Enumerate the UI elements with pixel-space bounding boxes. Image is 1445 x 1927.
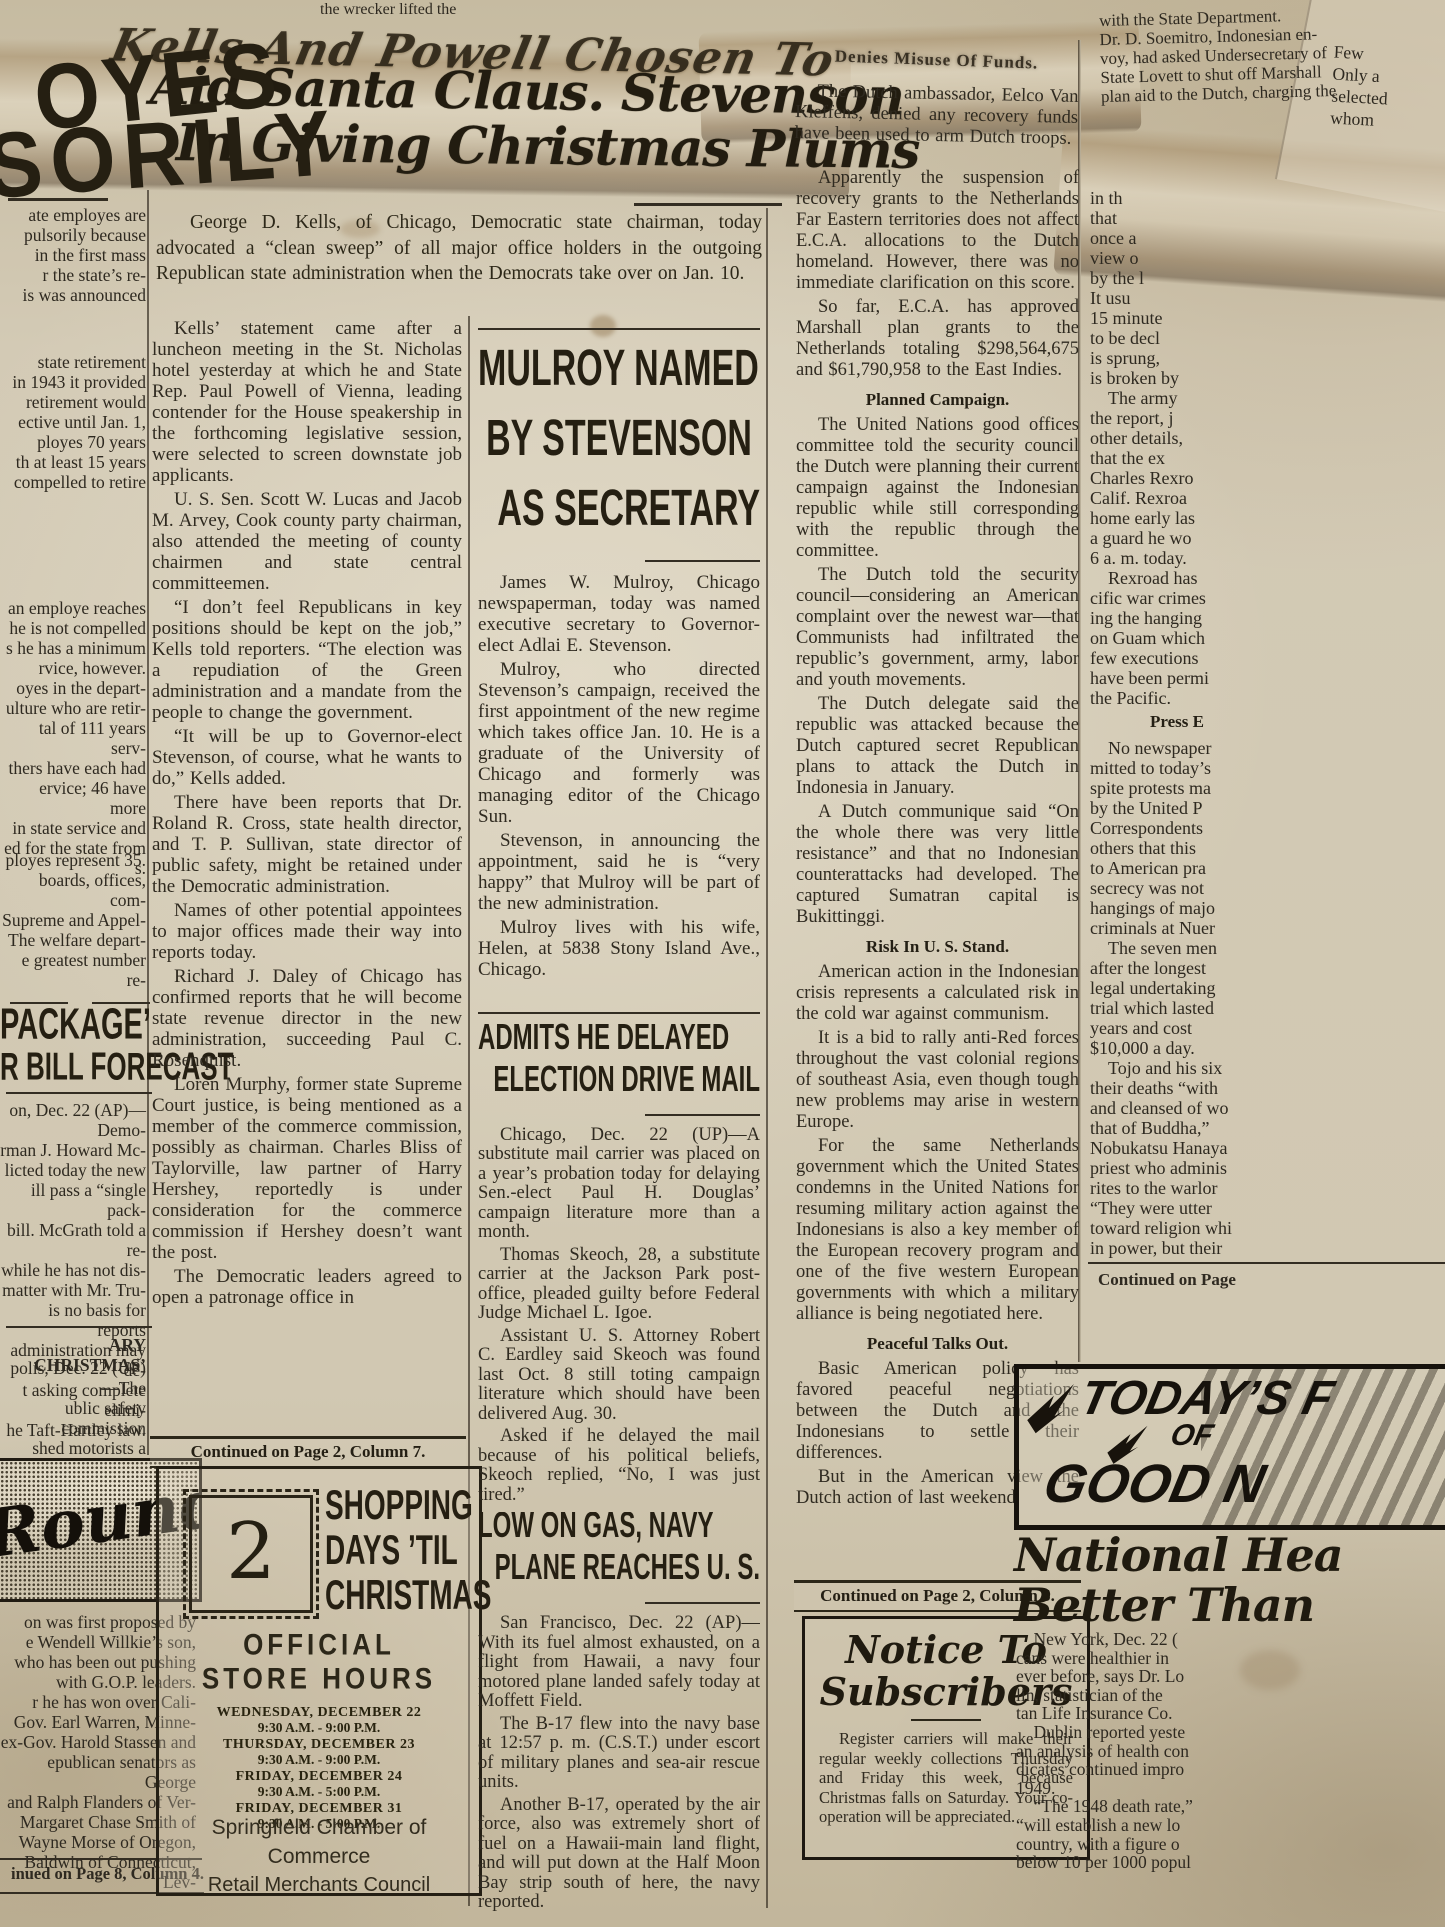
store-hours-list: WEDNESDAY, DECEMBER 22 9:30 A.M. - 9:00 … — [159, 1705, 479, 1833]
hours-day: FRIDAY, DECEMBER 24 — [159, 1769, 479, 1784]
health-headline-line1: National Hea — [1014, 1528, 1343, 1582]
mulroy-article: MULROY NAMED BY STEVENSON AS SECRETARY J… — [478, 328, 760, 1016]
left-column-text-block-3: an employe reaches he is not compelled s… — [0, 598, 146, 878]
dutch-column-text: Apparently the suspension of recovery gr… — [796, 168, 1079, 1560]
chamber-line1: Springfield Chamber of — [159, 1816, 479, 1840]
hours-day: THURSDAY, DECEMBER 23 — [159, 1737, 479, 1752]
package-headline-line1: PACKAGE’ — [0, 1014, 150, 1047]
retail-merchants-line: Retail Merchants Council — [159, 1874, 479, 1897]
flash-ad-line3: GOOD N — [1038, 1453, 1270, 1515]
press-subhead: Press E — [1150, 712, 1350, 732]
paragraph: Chicago, Dec. 22 (UP)—A substitute mail … — [478, 1126, 760, 1243]
lowgas-headline-line2: PLANE REACHES U. S. — [478, 1554, 760, 1596]
paragraph: The B-17 flew into the navy base at 12:5… — [478, 1715, 760, 1793]
left-column-text-block-2: state retirement in 1943 it provided ret… — [0, 352, 146, 492]
paragraph: A Dutch communique said “On the whole th… — [796, 802, 1079, 928]
hours-time: 9:30 A.M. - 9:00 P.M. — [159, 1720, 479, 1735]
top-right-text-fragment: with the State Department. Dr. D. Soemit… — [1099, 5, 1337, 106]
left-column-text-block-1: ate employes are pulsorily because in th… — [0, 205, 146, 305]
left-column-rule — [8, 198, 108, 201]
good-news-ad: TODAY’S F OF GOOD N — [1014, 1364, 1445, 1530]
corner-text-fragment: Few Only a selected whom — [1330, 41, 1391, 132]
hours-time: 9:30 A.M. - 9:00 P.M. — [159, 1752, 479, 1767]
risk-subhead: Risk In U. S. Stand. — [796, 937, 1079, 957]
paragraph: Richard J. Daley of Chicago has confirme… — [152, 966, 462, 1071]
continued-line-right: Continued on Page — [1098, 1270, 1445, 1290]
shopping-days-ad: 2 SHOPPING DAYS ’TIL CHRISTMAS OFFICIAL … — [156, 1466, 482, 1896]
hours-day: FRIDAY, DECEMBER 31 — [159, 1801, 479, 1816]
kells-lead-paragraph: George D. Kells, of Chicago, Democratic … — [156, 210, 762, 287]
paragraph: Apparently the suspension of recovery gr… — [796, 168, 1079, 294]
paragraph: Names of other potential appointees to m… — [152, 900, 462, 963]
store-hours-label: STORE HOURS — [159, 1661, 479, 1697]
paragraph: Assistant U. S. Attorney Robert C. Eardl… — [478, 1327, 760, 1425]
stamp-countdown-box: 2 — [189, 1495, 313, 1613]
paragraph: Loren Murphy, former state Supreme Court… — [152, 1074, 462, 1263]
flash-ad-line1: TODAY’S F — [1075, 1371, 1338, 1426]
paragraph: San Francisco, Dec. 22 (AP)—With its fue… — [478, 1614, 760, 1712]
paragraph: The United Nations good offices committe… — [796, 415, 1079, 562]
paragraph: The Dutch delegate said the republic was… — [796, 694, 1079, 799]
paragraph: So far, E.C.A. has approved Marshall pla… — [796, 297, 1079, 381]
mulroy-headline-line3: AS SECRETARY — [478, 484, 760, 554]
health-article-text: New York, Dec. 22 ( cans were healthier … — [1016, 1630, 1445, 1872]
paragraph: Stevenson, in announcing the appointment… — [478, 830, 760, 914]
column-rule-3 — [766, 208, 768, 1908]
dutch-ambassador-paragraph: The Dutch ambassador, Eelco Van Kleffens… — [794, 81, 1078, 153]
continued-box-kells: Continued on Page 2, Column 7. — [150, 1436, 466, 1468]
headline-rule — [645, 1114, 760, 1116]
paragraph: “It will be up to Governor-elect Stevens… — [152, 726, 462, 789]
shopping-ad-title: SHOPPING DAYS ’TIL CHRISTMAS — [325, 1489, 491, 1624]
paragraph: Thomas Skeoch, 28, a substitute carrier … — [478, 1246, 760, 1324]
newspaper-page: the wrecker lifted the with the State De… — [0, 0, 1445, 1927]
paragraph: The Dutch told the security council—cons… — [796, 565, 1079, 691]
right-column-text-upper: in th that once a view o by the l It usu… — [1090, 188, 1445, 708]
paragraph: Mulroy lives with his wife, Helen, at 58… — [478, 917, 760, 980]
paragraph: American action in the Indonesian crisis… — [796, 962, 1079, 1025]
hours-time: 9:30 A.M. - 5:00 P.M. — [159, 1784, 479, 1799]
paragraph: Another B-17, operated by the air force,… — [478, 1796, 760, 1913]
paragraph: For the same Netherlands government whic… — [796, 1136, 1079, 1325]
paragraph: It is a bid to rally anti-Red forces thr… — [796, 1028, 1079, 1133]
health-headline-line2: Better Than — [1014, 1578, 1314, 1632]
paragraph: Kells’ statement came after a luncheon m… — [152, 318, 462, 486]
headline-rule — [634, 203, 782, 206]
column-rule-1 — [147, 190, 149, 1455]
top-text-fragment: the wrecker lifted the — [320, 0, 456, 20]
paragraph: Mulroy, who directed Stevenson’s campaig… — [478, 659, 760, 827]
paragraph: The Democratic leaders agreed to open a … — [152, 1266, 462, 1308]
admits-headline-line2: ELECTION DRIVE MAIL — [478, 1066, 760, 1108]
notice-rule — [911, 1719, 981, 1721]
hours-day: WEDNESDAY, DECEMBER 22 — [159, 1705, 479, 1720]
peaceful-talks-subhead: Peaceful Talks Out. — [796, 1334, 1079, 1354]
flash-ad-line2: OF — [1167, 1419, 1216, 1453]
paragraph: U. S. Sen. Scott W. Lucas and Jacob M. A… — [152, 489, 462, 594]
chamber-line2: Commerce — [159, 1845, 479, 1869]
navy-plane-article: LOW ON GAS, NAVY PLANE REACHES U. S. San… — [478, 1512, 760, 1927]
rule — [6, 1092, 152, 1094]
paragraph: There have been reports that Dr. Roland … — [152, 792, 462, 897]
right-column-text-lower: No newspaper mitted to today’s spite pro… — [1090, 738, 1445, 1258]
headline-rule — [645, 1602, 760, 1604]
official-label: OFFICIAL — [159, 1627, 479, 1663]
paragraph: Asked if he delayed the mail because of … — [478, 1427, 760, 1505]
rule — [6, 1326, 152, 1328]
planned-campaign-subhead: Planned Campaign. — [796, 390, 1079, 410]
paragraph: “I don’t feel Republicans in key positio… — [152, 597, 462, 723]
delayed-mail-article: ADMITS HE DELAYED ELECTION DRIVE MAIL Ch… — [478, 1012, 760, 1508]
paragraph: James W. Mulroy, Chicago newspaperman, t… — [478, 572, 760, 656]
kells-column-text: Kells’ statement came after a luncheon m… — [152, 318, 462, 1311]
left-column-text-block-4: ployes represent 35. boards, offices, co… — [0, 850, 146, 990]
rule — [1088, 1262, 1445, 1264]
lightning-bolt-icon — [1021, 1382, 1085, 1437]
package-headline-line2: R BILL FORECAST — [0, 1056, 150, 1087]
